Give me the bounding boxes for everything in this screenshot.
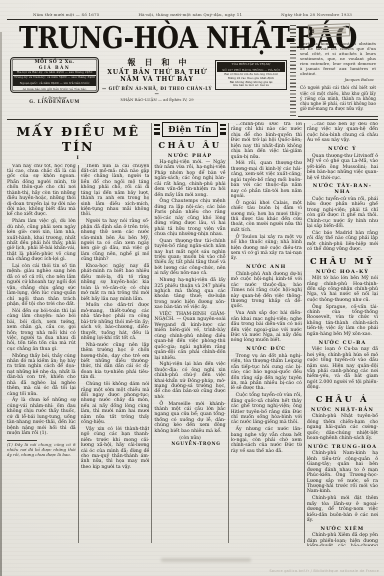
body-paragraph: Nghị-viện lại bàn đến việc thuộc-địa: có… [154,362,225,400]
column-3-content: CHÂU ÂUNƯỚC PHÁPHạ-nghị-viện mới. — Ngày… [154,140,225,447]
body-paragraph: Ở Toulon lại xảy ra một vụ nổ kho thuốc … [231,235,302,262]
scan-watermark: Source gallica.bnf.fr / Bibliothèque nat… [269,569,379,573]
telegraph-column-3: Điện Tín CHÂU ÂUNƯỚC PHÁPHạ-nghị-viện mớ… [154,122,225,546]
body-paragraph: …chính-phủ Đức trả lời rằng chỉ khi nào … [231,122,302,160]
body-paragraph: Khoa-học ngày nay đã phát-minh ra biết b… [81,264,150,302]
section-heading: CHÂU Á [307,394,378,404]
address-box: TÒA BIÊN-TẬP VÀ TRỊ-SỰ SỐ 107 PHỐ HÀNG-T… [215,60,287,91]
body-paragraph: Các báo Madrid bàn rằng rồi đây thế nào … [307,231,378,253]
masthead: TRUNG-HÒA NHẬT-BÁO MỖI SỐ 2 Xu. GIÁ BÁN … [7,22,378,117]
body-paragraph: Chính-phủ mới đặt thêm mấy tòa lãnh-sự ở… [307,496,378,523]
address-bar: SỐ 107 PHỐ HÀNG-TRỐNG — HÀ-NỘI [217,67,285,72]
footnote-text: (1) Đây là nói chung; cũng có ít nhiều n… [7,443,76,457]
body-paragraph: Chúng tôi không dám nói rằng một sớm một… [81,382,150,426]
body-paragraph: Chính-phủ Anh đương dự-bị mở cuộc hội-ng… [231,272,302,310]
country-heading: NƯỚC XIÊM [307,526,378,532]
body-paragraph: Vua Anh sắp đọc bài diễn-văn khai mạc ng… [231,311,302,344]
body-paragraph: Ở Marseille mới khánh-thành một cái cầu … [154,402,225,435]
quote-attribution: Jacques Balzac [300,77,374,82]
dien-tin-banner: Điện Tín [154,122,225,137]
country-heading: NƯỚC ANH [231,264,302,270]
banner-ornament-left [154,124,159,135]
paper-smudge [161,558,251,562]
body-paragraph: Chính-phủ Nam-kinh hạ lệnh tiễu-trừ cộng… [307,451,378,495]
body-paragraph: Ấy nhưng các nước lân-bang nghe vậy vẫn … [231,427,302,454]
body-paragraph: Ấy là chưa kể những sự cúng-vái nhảm-nhí… [7,398,76,436]
body-paragraph: Một tờ báo lớn bên Mỹ nói rằng chính-phủ… [307,276,378,303]
country-heading: NƯỚC TÂY-BAN-NHA [307,183,378,195]
body-paragraph: Mới rồi, quan thượng-thư thương-mại đi k… [231,161,302,199]
body-paragraph: Thêm nữa là cái chuyện đất-cát mồ-mả: nh… [81,164,150,218]
body-paragraph: Trong vụ án đốt nhà nghị-viện, tòa thượn… [231,354,302,392]
body-paragraph: Hạ-nghị-viện mới. — Ngày thứ năm vừa rồi… [154,160,225,198]
body-paragraph: Người ta hay nói rằng số-phận đã định sẵ… [81,219,150,263]
publication-schedule: XUẤT BẢN THỨ BA THỨ NĂM VÀ THỨ BẢY [102,69,212,83]
country-heading: NƯỚC TRUNG-HOA [307,444,378,450]
body-paragraph: Ông Sprague, cố-vấn tài-chính của tổng-t… [307,305,378,338]
price-bar: Trung-kỳ và Nam-kỳ: cả năm 5$00 — sáu th… [13,76,96,81]
body-paragraph: Ở ngoài khơi Calais, một chiếc tàu buôn … [231,201,302,234]
director-name: G. LINDENBAUM [10,100,99,105]
body-paragraph: Muốn cho dân-trí được mở-mang, thiết-tưở… [81,303,150,341]
country-heading: NƯỚC Ý [307,146,378,152]
price-label: GIÁ BÁN [13,65,96,70]
dateline-row: Năm thứ mười một — Số 1675 Hà-nội, tháng… [7,12,378,19]
address-line: Giá bán lẻ mỗi số: hai xu [217,84,285,88]
article-headline: MẤY ĐIỀU MÊ TÍN [7,124,149,154]
body-paragraph: VIỆC THAM-BINH GIẢM-NGẠCH. — Quan nguyên… [154,312,225,361]
country-heading: NƯỚC PHÁP [154,153,225,159]
continued-note: (còn nữa) [154,436,225,441]
telegraph-column-4: …chính-phủ Đức trả lời rằng chỉ khi nào … [231,122,302,546]
body-paragraph: Quan thượng-thư tài-chính tuyên-bố rằng … [154,239,225,277]
chinese-title: 報日和中 [111,58,212,66]
country-heading: NƯỚC HOA-KỲ [307,269,378,275]
library-stamp [308,23,350,37]
motto-line1: — GIỮ BỀN ÁI-NHÃ, ĐI THEO CHÂN-LÝ — [102,86,212,96]
body-paragraph: Việc loạn ở Cu-ba nay đã hơi yên; chính-… [307,347,378,391]
header-rule [7,119,378,120]
newspaper-title: TRUNG-HÒA NHẬT-BÁO [19,23,244,55]
column-divider [228,123,229,543]
top-rule [7,19,378,20]
body-paragraph: Nói đến sự bói-toán thì lại càng lắm chu… [7,309,76,353]
body-paragraph: Nhà-nước cũng nên lập thêm trường học ở … [81,343,150,381]
body-paragraph: Những thầy bói, thầy cúng nhân đó mà kiế… [7,354,76,398]
motto-line2: NHẬN BÁO-LUẬN — ad Éphès IV, 29 [102,97,212,102]
body-paragraph: Phàm làm việc gì, dù lớn dù nhỏ, cũng ph… [7,219,76,263]
telegraph-column-5: …các báo bên ấy đều cho rằng việc này qu… [307,122,378,546]
feature-article: MẤY ĐIỀU MÊ TÍN I Văn hay chữ tốt, học r… [7,122,149,546]
body-paragraph: Chính-phủ Nhật tuyên-bố đóng thêm chiến-… [307,414,378,441]
country-heading: NƯỚC ĐỨC [231,346,302,352]
body-paragraph: Vậy xin có lời thành-thật ngỏ cùng các b… [81,427,150,471]
country-heading: NƯỚC CU-BA [307,340,378,346]
price-box: MỖI SỐ 2 Xu. GIÁ BÁN Hà-nội và Bắc-kỳ: c… [10,57,99,94]
newspaper-page: Năm thứ mười một — Số 1675 Hà-nội, tháng… [0,0,384,576]
body-paragraph: Cuộc tuyển-cử vừa rồi, phái hữu được phầ… [307,197,378,230]
body-paragraph: Quan thượng-thư Litvinoff ở Mỹ về có ghé… [307,154,378,181]
page-body: MẤY ĐIỀU MÊ TÍN I Văn hay chữ tốt, học r… [7,122,378,546]
column-divider [151,123,152,543]
country-heading: NƯỚC NHẬT-BẢN [307,407,378,413]
article-signature: NGUYỄN-TRỌNG [154,442,220,447]
body-paragraph: Văn hay chữ tốt, học rộng tài cao, chưa … [7,164,76,218]
body-paragraph: …các báo bên ấy đều cho rằng việc này qu… [307,122,378,144]
address-bar: TÒA BIÊN-TẬP VÀ TRỊ-SỰ [217,62,285,67]
price-bar: Hà-nội và Bắc-kỳ: cả năm 4$50 — sáu thán… [13,71,96,76]
body-paragraph: Lại còn cái thói tin số tin mệnh: giàu n… [7,264,76,308]
price-per-issue: MỖI SỐ 2 Xu. [13,60,96,65]
body-paragraph: Cuộc tổng tuyển-cử vừa rồi, đảng quốc-xã… [231,393,302,426]
body-paragraph: Chính-phủ Xiêm đã dẹp yên đám phiến-loạn… [307,533,378,546]
banner-ornament-right [220,124,225,135]
gregorian-date: Ngày thứ ba 28 Novembre 1933 [281,12,352,17]
section-heading: CHÂU ÂU [154,140,225,150]
price-note: Ai mua báo xin gửi tiền trước về Tòa báo [13,87,96,91]
column-2: Thêm nữa là cái chuyện đất-cát mồ-mả: nh… [81,164,150,547]
column-1: Văn hay chữ tốt, học rộng tài cao, chưa … [7,164,76,547]
issue-number: Năm thứ mười một — Số 1675 [33,12,100,17]
telegraph-section-title: Điện Tín [162,122,217,137]
section-heading: CHÂU MỸ [307,256,378,266]
body-paragraph: Nhưng hạ-nghị-viện đã lấy 325 phiếu thuậ… [154,278,225,311]
body-paragraph: Ông Chautemps chịu mệnh đứng ra lập nội-… [154,199,225,237]
footnote-rule [7,440,37,441]
lunar-date: Hà-nội, tháng mười-một năm Quý-dậu, ngày… [138,12,242,17]
vietnamese-quote: Có người phải cái thói chỉ biết xét việc… [300,85,376,111]
masthead-quote-block: Certains hommes sont si obstinés de ne s… [298,22,378,117]
price-bar: Ngoại-quốc: cả năm 8$00 — xin trả tiền t… [13,81,96,86]
article-part-number: I [7,155,149,161]
column-divider [304,123,305,543]
column-divider [78,165,79,544]
